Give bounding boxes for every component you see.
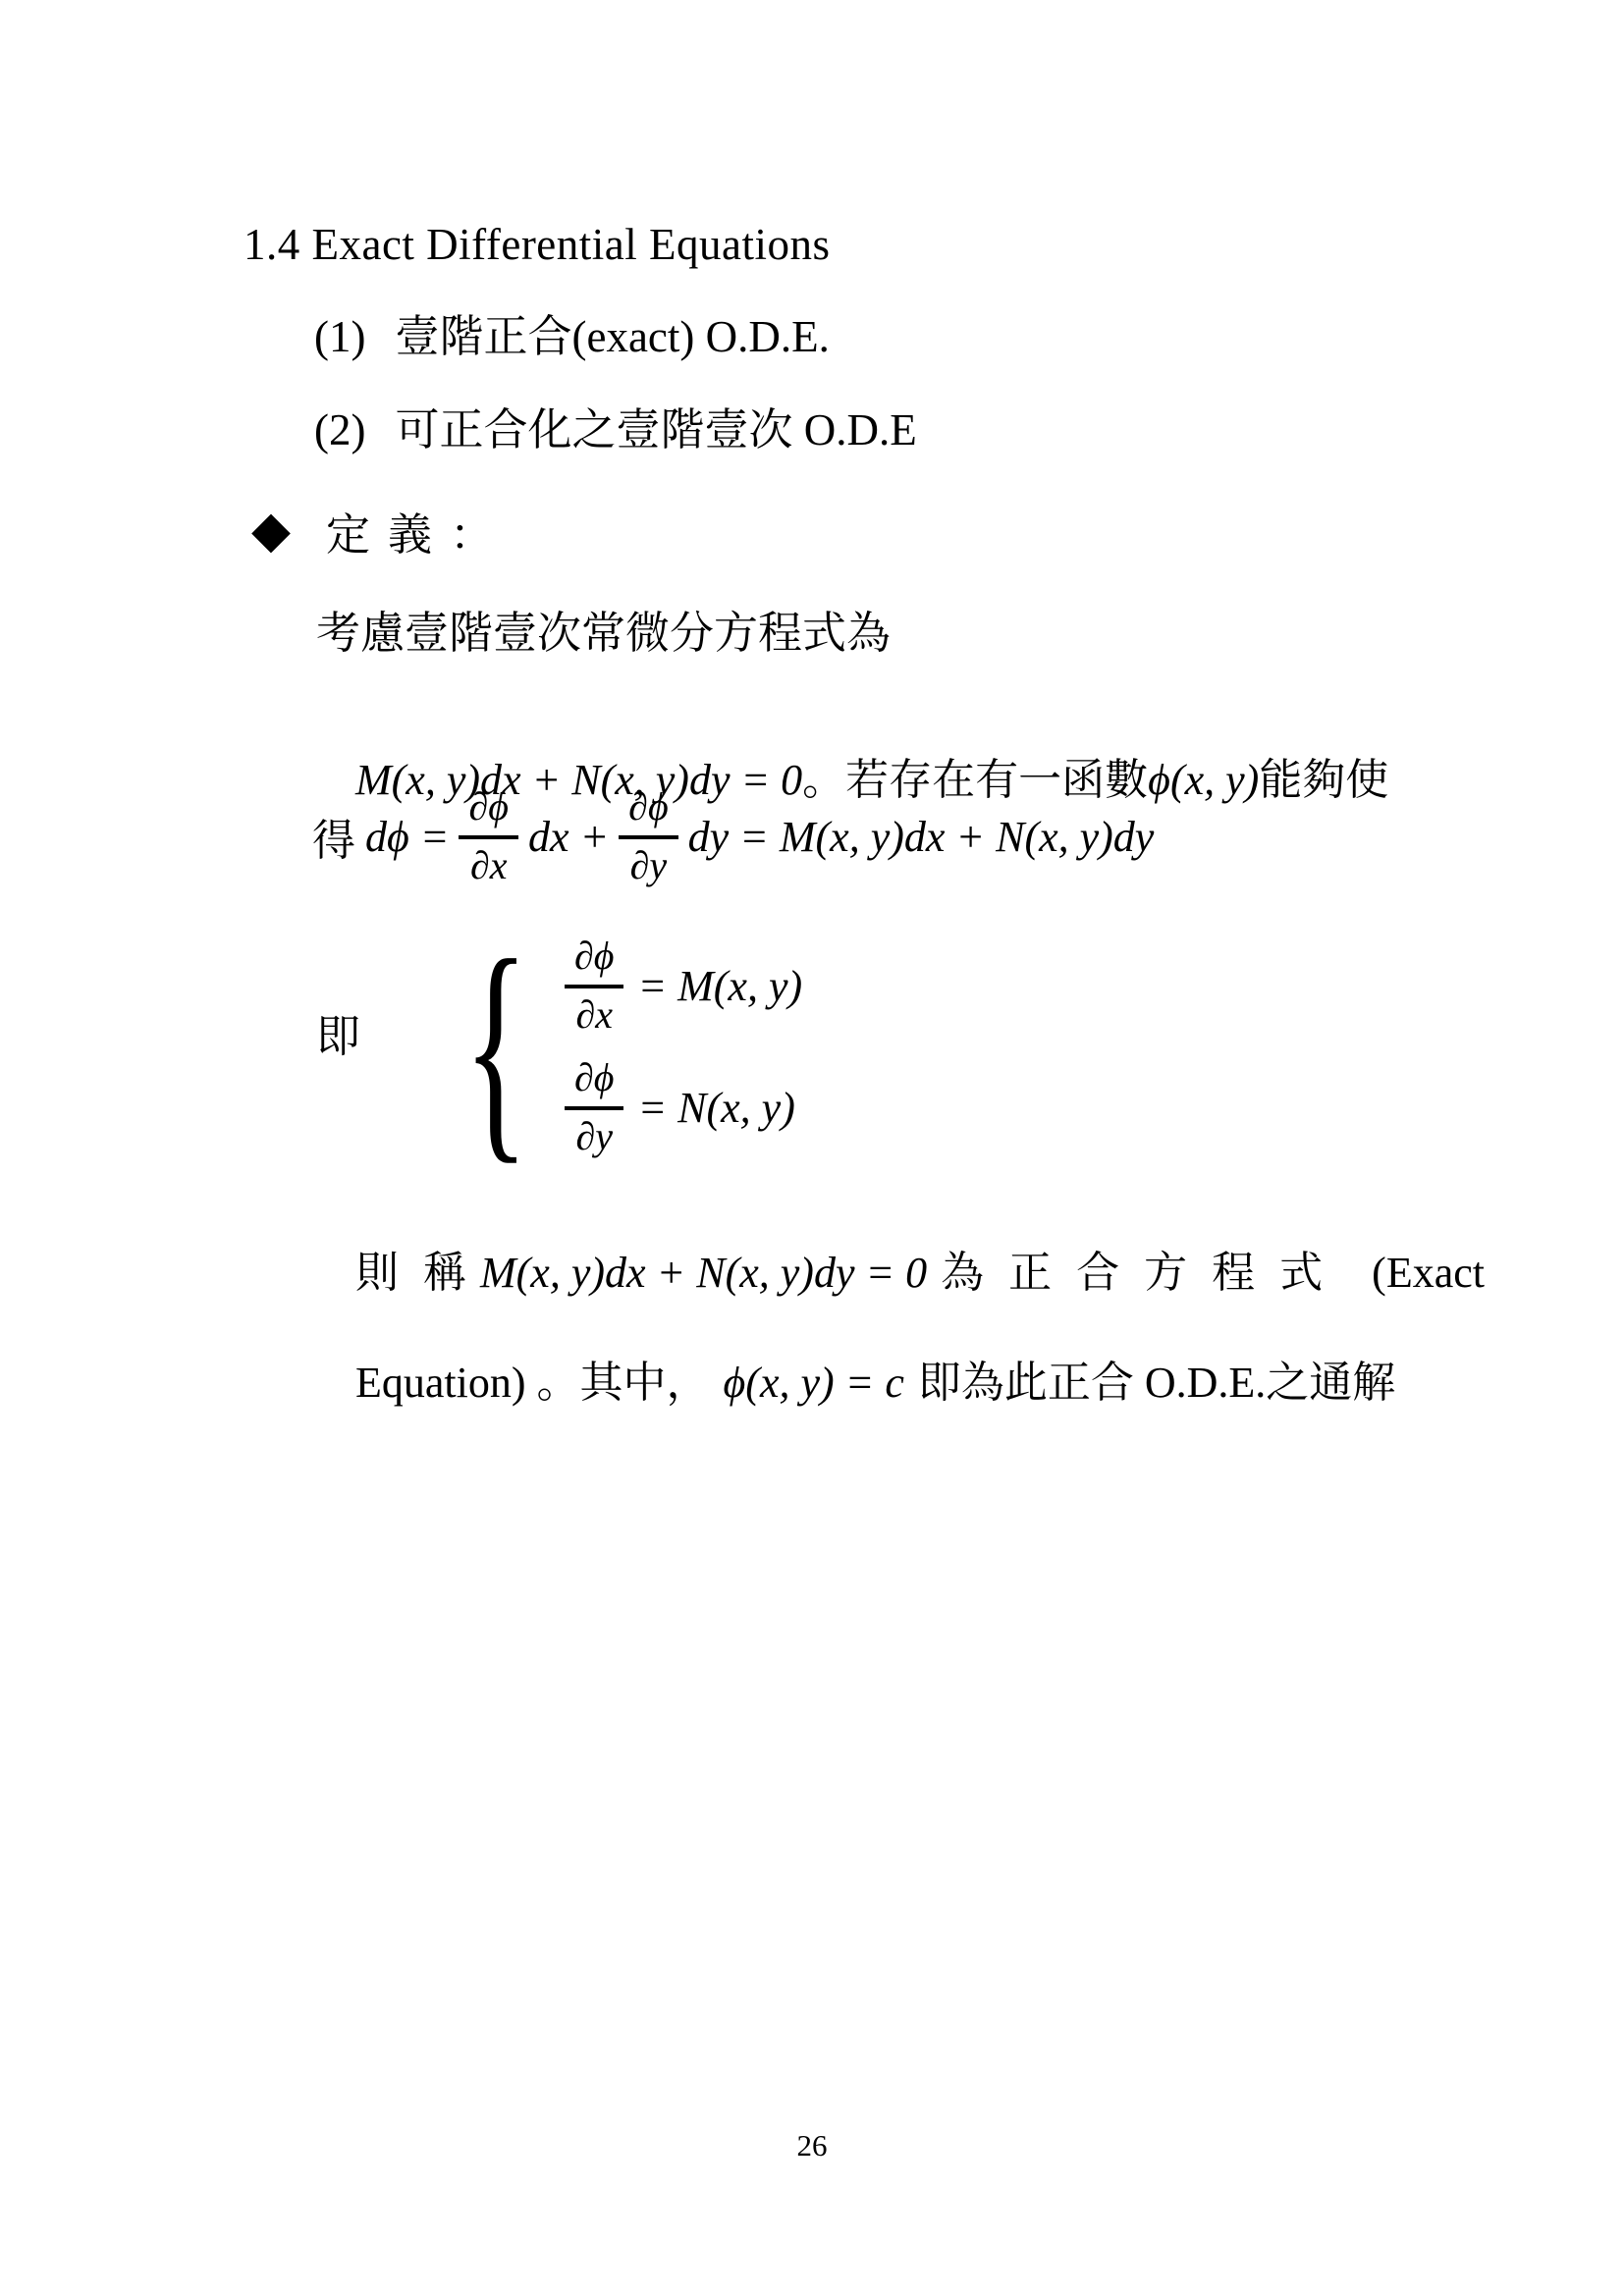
document-page: 1.4 Exact Differential Equations (1)壹階正合… bbox=[0, 0, 1624, 2296]
diamond-bullet-icon: ◆ bbox=[251, 506, 291, 557]
conclusion-2-tail: 即為此正合 O.D.E.之通解 bbox=[918, 1359, 1395, 1407]
fraction-numerator: ∂ϕ bbox=[459, 785, 517, 839]
fraction-denominator: ∂x bbox=[575, 988, 613, 1037]
fraction-dphi-dx: ∂ϕ ∂x bbox=[459, 785, 517, 887]
outline-item-2-label: (2) bbox=[314, 405, 365, 454]
intro-sentence: 考慮壹階壹次常微分方程式為 bbox=[316, 607, 891, 660]
dphi-lead-text: 得 bbox=[312, 805, 355, 868]
dphi-lhs: dϕ = bbox=[365, 812, 449, 862]
fraction-dphi-dy: ∂ϕ ∂y bbox=[619, 785, 677, 887]
phi-function: ϕ(x, y) bbox=[1148, 756, 1259, 804]
conclusion-1-lead: 則 稱 bbox=[355, 1249, 466, 1297]
dphi-rhs: dy = M(x, y)dx + N(x, y)dy bbox=[688, 812, 1155, 862]
left-brace: { bbox=[463, 929, 529, 1164]
fraction-dphi-dx: ∂ϕ ∂x bbox=[565, 934, 623, 1037]
conclusion-2-equation: ϕ(x, y) = c bbox=[724, 1359, 904, 1407]
fraction-denominator: ∂y bbox=[575, 1110, 613, 1158]
dphi-equation-line: 得 dϕ = ∂ϕ ∂x dx + ∂ϕ ∂y dy = M(x, y)dx +… bbox=[312, 785, 1164, 887]
system-label: 即 bbox=[316, 1015, 360, 1059]
conclusion-2-lead: Equation) 。其中， bbox=[355, 1359, 710, 1407]
page-number: 26 bbox=[0, 2128, 1624, 2163]
conclusion-1-equation: M(x, y)dx + N(x, y)dy = 0 bbox=[480, 1249, 927, 1297]
outline-item-1-label: (1) bbox=[314, 312, 365, 361]
outline-item-2: (2)可正合化之壹階壹次 O.D.E bbox=[314, 405, 917, 456]
conclusion-1-tail: 為 正 合 方 程 式 (Exact bbox=[941, 1249, 1485, 1297]
outline-item-1-text: 壹階正合(exact) O.D.E. bbox=[395, 312, 829, 361]
conclusion-line-2: Equation) 。其中，ϕ(x, y) = c即為此正合 O.D.E.之通解 bbox=[312, 1306, 1395, 1461]
fraction-dphi-dy: ∂ϕ ∂y bbox=[565, 1056, 623, 1158]
fraction-numerator: ∂ϕ bbox=[565, 934, 623, 988]
fraction-numerator: ∂ϕ bbox=[565, 1056, 623, 1110]
fraction-numerator: ∂ϕ bbox=[619, 785, 677, 839]
fraction-denominator: ∂x bbox=[470, 839, 508, 887]
outline-item-2-text: 可正合化之壹階壹次 O.D.E bbox=[395, 405, 916, 454]
system-equation-1: ∂ϕ ∂x = M(x, y) bbox=[565, 934, 802, 1037]
system-equation-1-rhs: = M(x, y) bbox=[637, 961, 802, 1011]
dphi-plus-dx: dx + bbox=[528, 812, 609, 862]
system-rows: ∂ϕ ∂x = M(x, y) ∂ϕ ∂y = N(x, y) bbox=[565, 934, 802, 1158]
system-equation-2-rhs: = N(x, y) bbox=[637, 1083, 794, 1133]
outline-item-1: (1)壹階正合(exact) O.D.E. bbox=[314, 312, 830, 363]
fraction-denominator: ∂y bbox=[630, 839, 668, 887]
definition-heading: 定義： bbox=[326, 499, 512, 562]
definition-row: ◆ 定義： bbox=[251, 499, 512, 562]
system-group: { ∂ϕ ∂x = M(x, y) ∂ϕ ∂y = N(x, y) bbox=[463, 929, 802, 1164]
equation-system: 即 { ∂ϕ ∂x = M(x, y) ∂ϕ ∂y = N(x, y) bbox=[316, 929, 1200, 1168]
ode-end-text: 能夠使 bbox=[1259, 756, 1388, 804]
system-equation-2: ∂ϕ ∂y = N(x, y) bbox=[565, 1056, 802, 1158]
section-title: 1.4 Exact Differential Equations bbox=[244, 220, 830, 271]
